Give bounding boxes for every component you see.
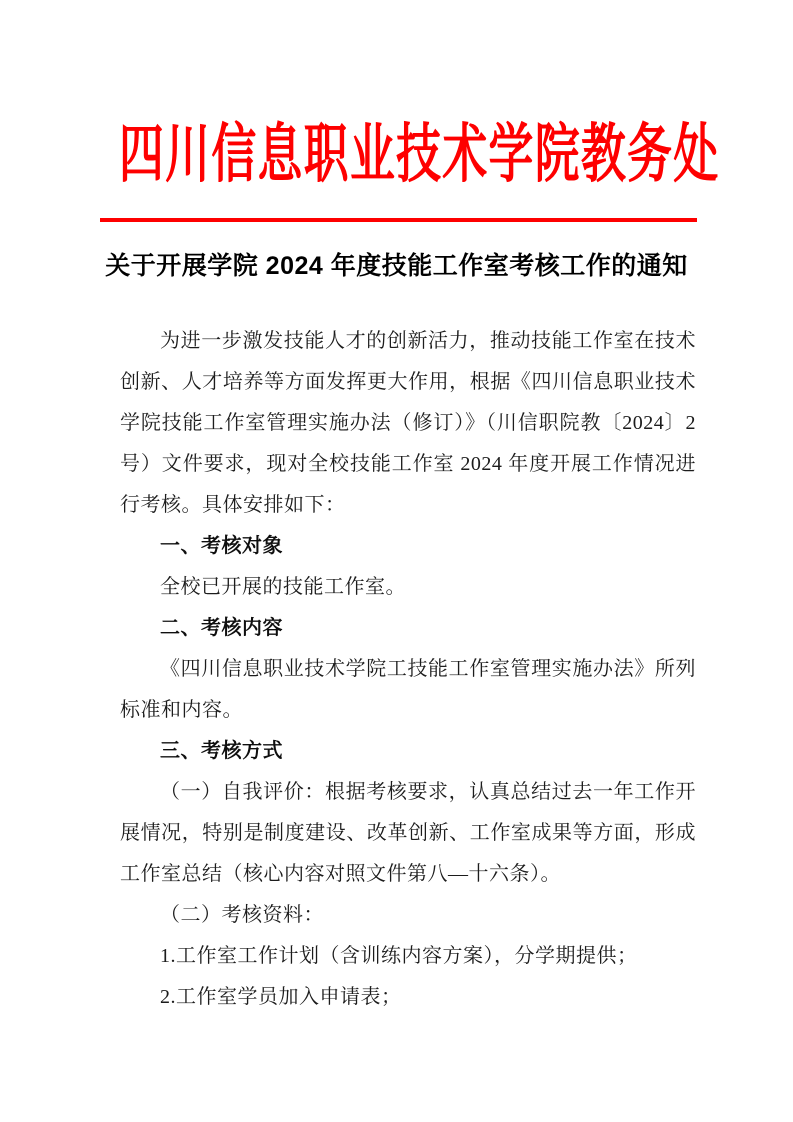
document-title: 关于开展学院 2024 年度技能工作室考核工作的通知 — [60, 250, 733, 282]
body-paragraph: 《四川信息职业技术学院工技能工作室管理实施办法》所列标准和内容。 — [120, 649, 696, 731]
body-paragraph: 全校已开展的技能工作室。 — [120, 567, 696, 608]
section-heading: 一、考核对象 — [120, 526, 696, 567]
section-heading: 二、考核内容 — [120, 608, 696, 649]
document-body: 为进一步激发技能人才的创新活力，推动技能工作室在技术创新、人才培养等方面发挥更大… — [120, 321, 696, 1018]
header-divider — [100, 218, 697, 222]
body-paragraph: （一）自我评价：根据考核要求，认真总结过去一年工作开展情况，特别是制度建设、改革… — [120, 772, 696, 895]
section-heading: 三、考核方式 — [120, 731, 696, 772]
letterhead-title: 四川信息职业技术学院教务处 — [119, 100, 674, 210]
body-paragraph: 为进一步激发技能人才的创新活力，推动技能工作室在技术创新、人才培养等方面发挥更大… — [120, 321, 696, 526]
body-paragraph: 1.工作室工作计划（含训练内容方案），分学期提供； — [120, 936, 696, 977]
document-page: 四川信息职业技术学院教务处 关于开展学院 2024 年度技能工作室考核工作的通知… — [0, 0, 793, 1122]
body-paragraph: 2.工作室学员加入申请表； — [120, 977, 696, 1018]
body-paragraph: （二）考核资料： — [120, 895, 696, 936]
